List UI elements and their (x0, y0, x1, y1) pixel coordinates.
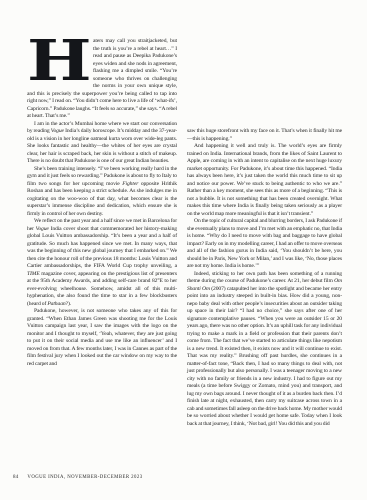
article-left-column: Haters may call you straitjacketed, but … (27, 38, 177, 368)
article-right-column: saw this huge storefront with my face on… (187, 128, 342, 428)
italic-text: Fighter (122, 181, 138, 187)
italic-text: Vogue (36, 226, 49, 232)
italic-text: Pathaan (47, 301, 65, 307)
page-number: 84 (13, 475, 18, 480)
body-text: Indeed, sticking to her own path has bee… (187, 271, 342, 285)
magazine-credit: VOGUE INDIA, NOVEMBER-DECEMBER 2023 (27, 475, 142, 480)
article-paragraph: We reflect on the past year and a half s… (27, 218, 177, 308)
magazine-page: { "page": { "type": "magazine-article-pa… (0, 0, 367, 500)
italic-text: Vogue (51, 128, 64, 134)
body-text: ?). (66, 301, 71, 307)
article-page: Haters may call you straitjacketed, but … (0, 0, 367, 500)
body-text: (2007) catapulted her into the spotlight… (187, 286, 342, 427)
italic-text: TIME (27, 271, 40, 277)
article-paragraph: Padukone, however, is not someone who ta… (27, 308, 177, 368)
body-text: saw this huge storefront with my face on… (187, 128, 342, 142)
article-paragraph: Haters may call you straitjacketed, but … (27, 38, 177, 121)
body-text: India cover shoot that commemorated her … (27, 226, 177, 270)
article-paragraph: saw this huge storefront with my face on… (187, 128, 342, 143)
article-paragraph: She’s been training intensely. “I’ve bee… (27, 166, 177, 219)
page-footer: 84 VOGUE INDIA, NOVEMBER-DECEMBER 2023 (13, 475, 143, 480)
body-text: On the topic of cultural capital and blu… (187, 218, 342, 269)
article-paragraph: I am in the actor’s Mumbai home where we… (27, 121, 177, 166)
body-text: Padukone, however, is not someone who ta… (27, 308, 177, 367)
article-paragraph: Indeed, sticking to her own path has bee… (187, 271, 342, 429)
article-paragraph: On the topic of cultural capital and blu… (187, 218, 342, 271)
article-paragraph: And happening it well and truly is. The … (187, 143, 342, 218)
body-text: And happening it well and truly is. The … (187, 143, 342, 217)
drop-cap: H (27, 39, 103, 84)
